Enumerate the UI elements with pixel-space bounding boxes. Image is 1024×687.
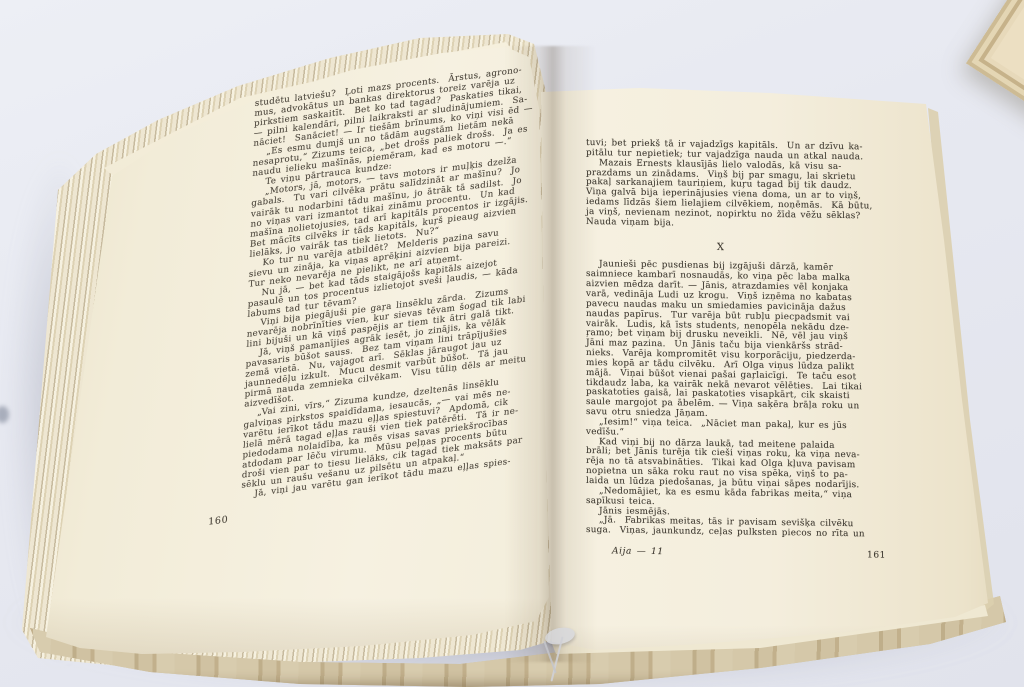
footer-signature: Aija — 11	[612, 547, 664, 558]
second-book-corner	[966, 0, 1024, 194]
right-page-number: 161	[867, 551, 886, 561]
chapter-heading: X	[586, 241, 856, 255]
spine-gutter-shadow	[505, 46, 597, 662]
right-page-paragraph-1: tuvi; bet priekš tā ir vajadzīgs kapitāl…	[586, 139, 888, 232]
right-page-text: tuvi; bet priekš tā ir vajadzīgs kapitāl…	[586, 139, 888, 562]
book-photo: studētu latviešu? Ļoti mazs procents. Ār…	[0, 0, 1024, 687]
left-page-lines: studētu latviešu? Ļoti mazs procents. Ār…	[241, 66, 518, 501]
left-page-text: studētu latviešu? Ļoti mazs procents. Ār…	[240, 66, 518, 524]
text-line: suga. Viņas, jaunkundz, ceļas pulksten p…	[586, 526, 888, 541]
right-page-paragraph-2: Jaunieši pēc pusdienas bij izgājuši dārz…	[586, 260, 888, 540]
